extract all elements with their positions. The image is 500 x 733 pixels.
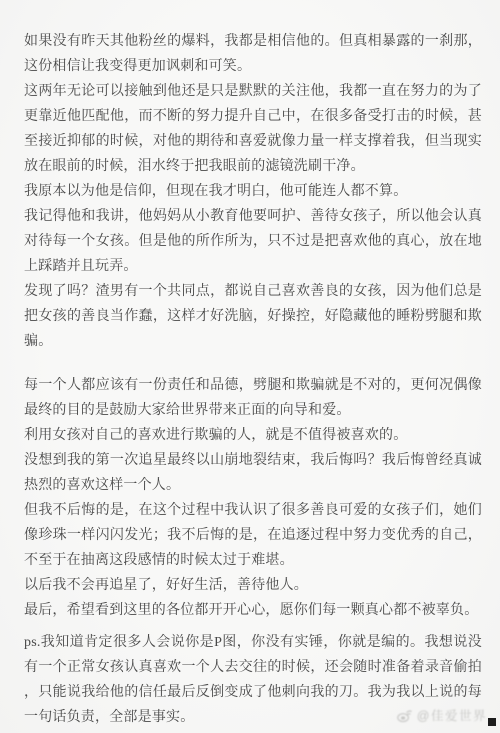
post-paragraph: 利用女孩对自己的喜欢进行欺骗的人，就是不值得被喜欢的。 xyxy=(24,423,482,448)
post-paragraph: 发现了吗？渣男有一个共同点，都说自己喜欢善良的女孩，因为他们总是把女孩的善良当作… xyxy=(24,279,482,354)
post-paragraph: 但我不后悔的是，在这个过程中我认识了很多善良可爱的女孩子们，她们像珍珠一样闪闪发… xyxy=(24,498,482,573)
weibo-icon xyxy=(396,708,413,723)
post-paragraph: 以后我不会再追星了，好好生活，善待他人。 xyxy=(24,573,482,598)
post-paragraph: 我原本以为他是信仰，但现在我才明白，他可能连人都不算。 xyxy=(24,179,482,204)
weibo-watermark: @佳爱世界 xyxy=(396,706,487,724)
post-paragraph: 我记得他和我讲，他妈妈从小教育他要呵护、善待女孩子，所以他会认真对待每一个女孩。… xyxy=(24,204,482,279)
corner-mark xyxy=(488,718,496,726)
post-paragraph: 最后，希望看到这里的各位都开开心心，愿你们每一颗真心都不被辜负。 xyxy=(24,598,482,623)
post-body: 如果没有昨天其他粉丝的爆料，我都是相信他的。但真相暴露的一刹那，这份相信让我变得… xyxy=(24,29,482,730)
screenshot-root: { "page": { "background": "#f7f7f6", "te… xyxy=(0,0,500,733)
post-paragraph: 没想到我的第一次追星最终以山崩地裂结束，我后悔吗？我后悔曾经真诚热烈的喜欢这样一… xyxy=(24,448,482,498)
post-paragraph: 如果没有昨天其他粉丝的爆料，我都是相信他的。但真相暴露的一刹那，这份相信让我变得… xyxy=(24,29,482,79)
watermark-handle: @佳爱世界 xyxy=(417,706,487,724)
post-paragraph: 这两年无论可以接触到他还是只是默默的关注他，我都一直在努力的为了更靠近他匹配他，… xyxy=(24,79,482,179)
post-paragraph: 每一个人都应该有一份责任和品德，劈腿和欺骗就是不对的，更何况偶像最终的目的是鼓励… xyxy=(24,373,482,423)
